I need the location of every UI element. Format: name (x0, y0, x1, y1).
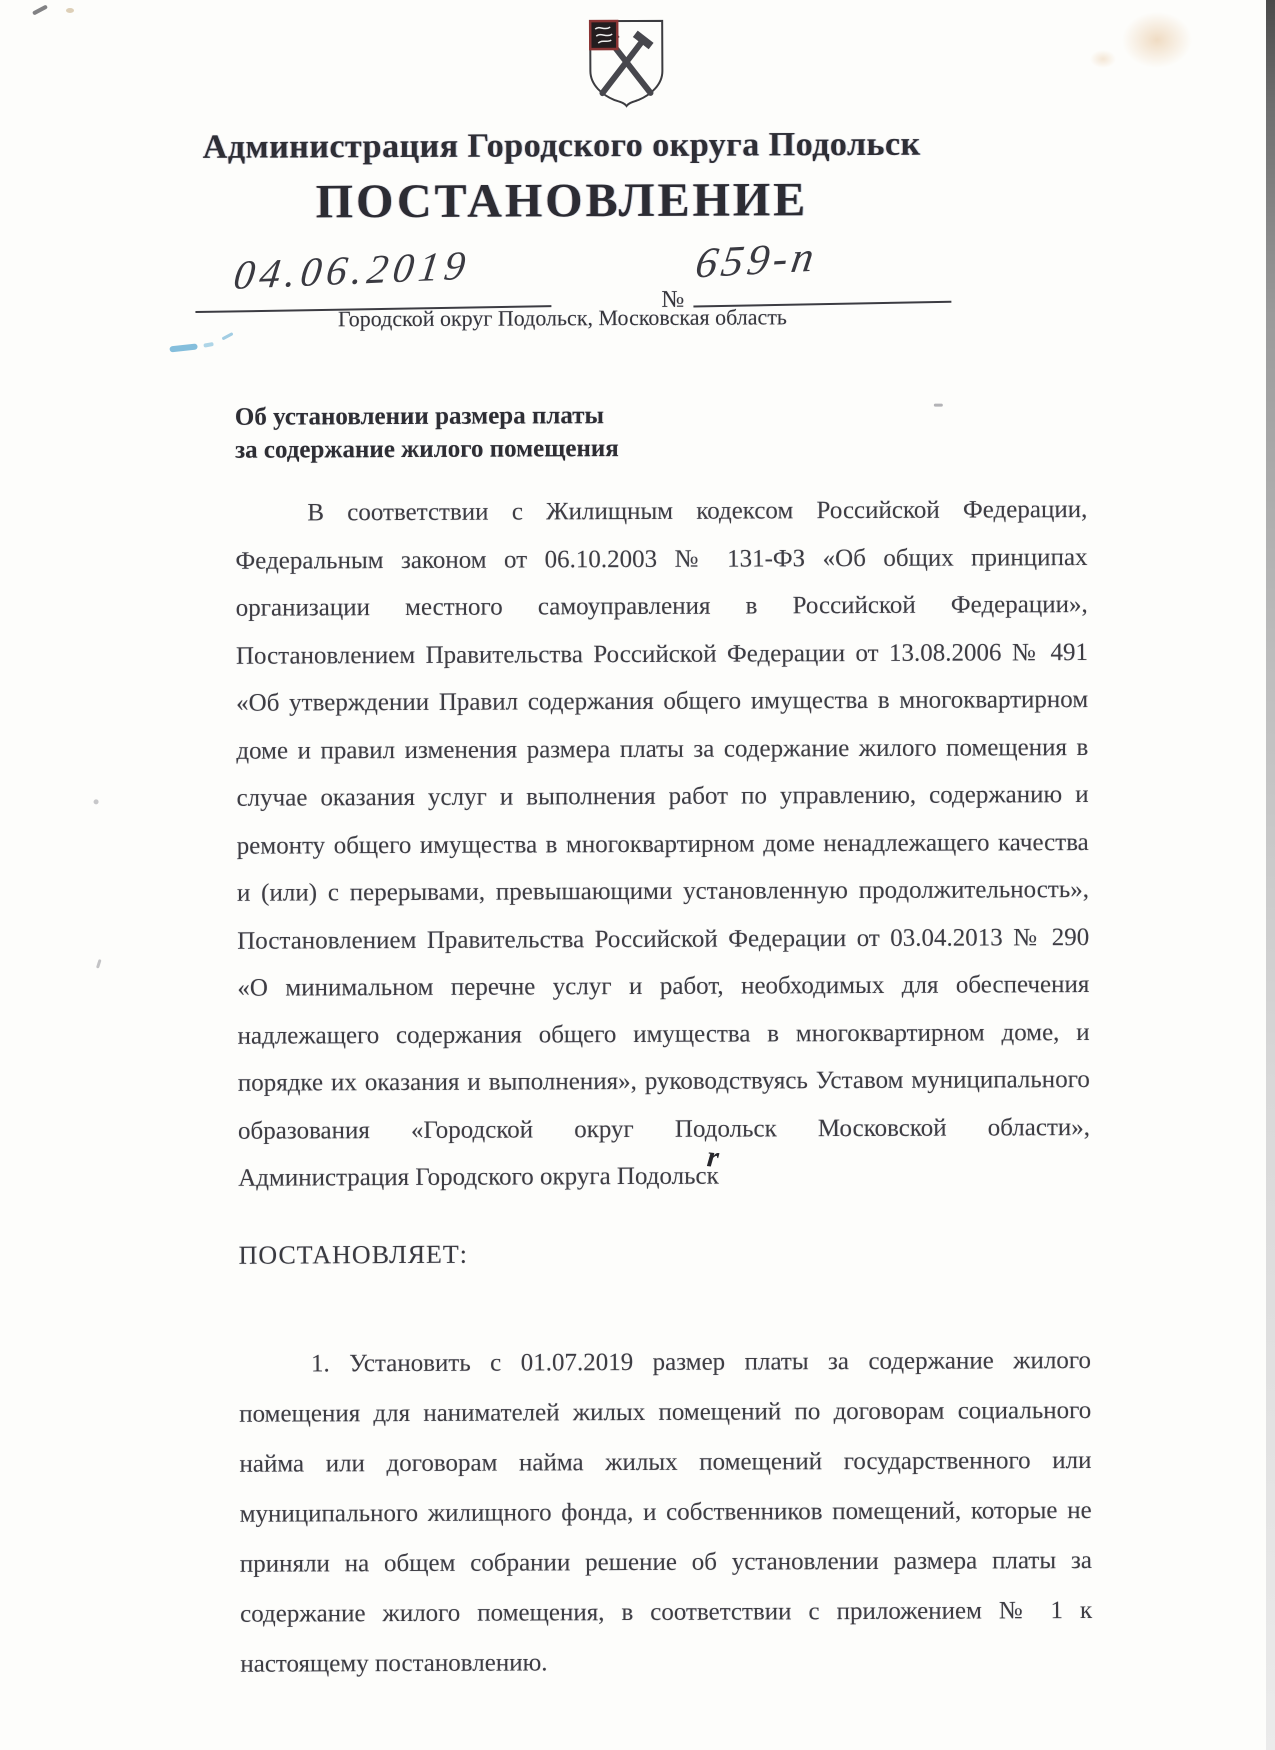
subject-line-1: Об установлении размера платы (235, 399, 619, 434)
blue-pen-mark-icon (203, 342, 214, 348)
subject-line-2: за содержание жилого помещения (235, 432, 619, 467)
scan-speck (94, 799, 99, 804)
handwritten-number: 659-п (692, 225, 962, 289)
blue-pen-mark-icon (222, 332, 234, 340)
resolves-heading: ПОСТАНОВЛЯЕТ: (238, 1240, 468, 1271)
org-name-title: Администрация Городского округа Подольск (0, 125, 1127, 168)
preamble-paragraph: В соответствии с Жилищным кодексом Росси… (235, 486, 1090, 1202)
doc-type-title: ПОСТАНОВЛЕНИЕ (0, 171, 1127, 231)
item-1-paragraph: 1. Установить с 01.07.2019 размер платы … (239, 1336, 1093, 1690)
scan-speck (96, 959, 102, 968)
scan-speck (66, 8, 74, 13)
scanned-document-page: Администрация Городского округа Подольск… (0, 0, 1275, 1750)
scan-speck (934, 404, 943, 407)
scan-smudge (1090, 50, 1116, 68)
blue-pen-mark-icon (169, 343, 197, 352)
scan-smudge (1122, 12, 1192, 68)
coat-of-arms-icon (586, 17, 666, 109)
place-line: Городской округ Подольск, Московская обл… (0, 303, 1128, 334)
scan-edge-shadow (1266, 0, 1275, 1750)
handwritten-date: 04.06.2019 (231, 237, 559, 299)
document-content: Администрация Городского округа Подольск… (0, 0, 1275, 1750)
subject-heading: Об установлении размера платы за содержа… (235, 399, 619, 467)
